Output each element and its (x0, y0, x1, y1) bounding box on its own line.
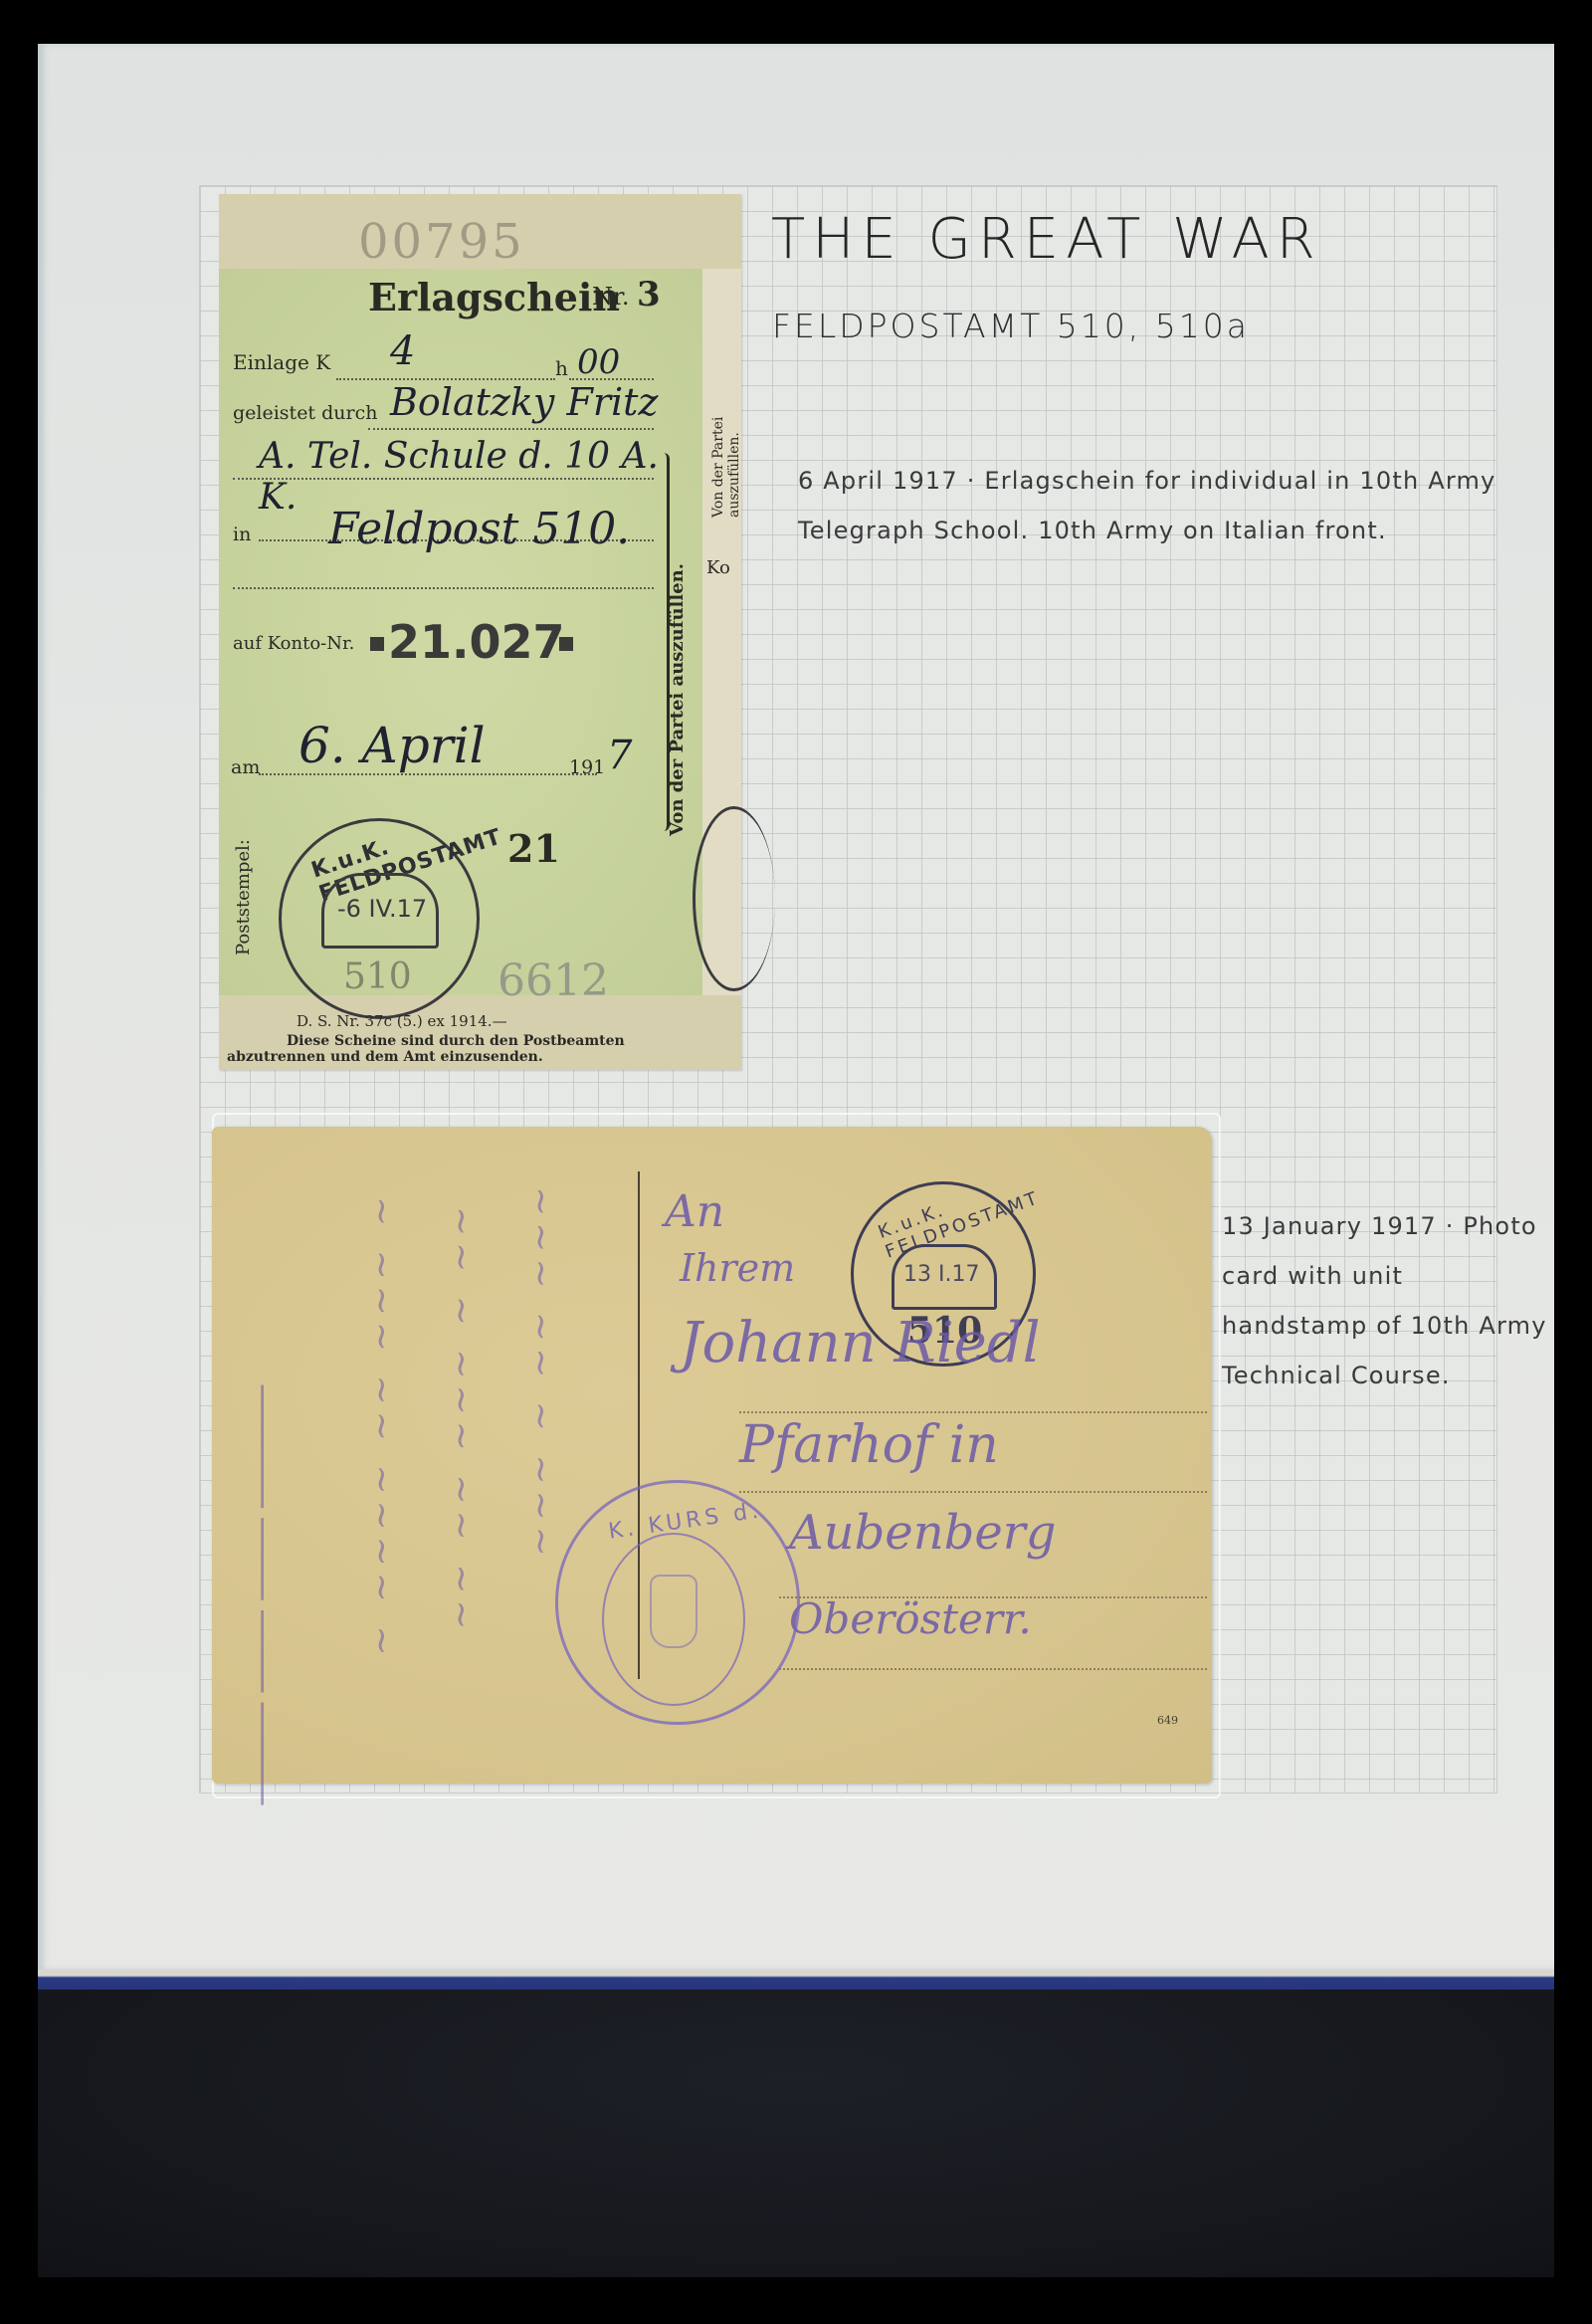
place-line (233, 587, 654, 589)
postmark-label: Poststempel: (233, 826, 254, 955)
erlagschein-form: Erlagschein Nr. 3 Einlage K 4 h 00 gelei… (219, 269, 702, 995)
heller-label: h (555, 356, 568, 380)
address-line-4: Pfarhof in (739, 1415, 999, 1475)
in-label: in (233, 524, 251, 545)
address-line-1: An (665, 1186, 724, 1237)
account-marker-left (370, 637, 384, 651)
address-line-5: Aubenberg (789, 1505, 1056, 1561)
receipt-number: 6612 (497, 955, 609, 1006)
stub-note: Von der Partei auszufüllen. (710, 368, 742, 518)
year-prefix: 191 (569, 756, 605, 778)
page-title: THE GREAT WAR (771, 207, 1322, 272)
background-cloth (38, 1990, 1554, 2277)
counter-number: 21 (507, 826, 560, 871)
card-number: 649 (1157, 1714, 1178, 1727)
stub-postmark (693, 806, 775, 991)
page-subtitle: FELDPOSTAMT 510, 510a (772, 307, 1250, 345)
form-number: 3 (637, 275, 661, 315)
photo-postcard: ────── ──── ──── ───── ~ ~~~ ~~ ~~~~ ~ ~… (212, 1127, 1212, 1784)
account-number: 21.027 (388, 615, 565, 669)
payer-name: Bolatzky Fritz (390, 380, 658, 424)
caption-postcard: 13 January 1917 · Photo card with unit h… (1222, 1201, 1550, 1400)
address-line-2: Ihrem (680, 1246, 795, 1290)
caption-erlagschein: 6 April 1917 · Erlagschein for individua… (798, 456, 1514, 555)
stub-account-label: Ko (706, 557, 730, 578)
message-text: ~ ~~~ ~~ ~~~~ ~ (361, 1196, 402, 1662)
deposit-label: Einlage K (233, 350, 330, 374)
message-line-1: ────── ──── ──── ───── (242, 1385, 282, 1804)
heller-amount: 00 (577, 342, 620, 382)
erlagschein-stub: Von der Partei auszufüllen. Ko (702, 269, 741, 995)
account-label: auf Konto-Nr. (233, 633, 354, 654)
year-digit: 7 (607, 733, 632, 778)
form-code: D. S. Nr. 37c (5.) ex 1914.— (297, 1012, 507, 1030)
footer-note: Diese Scheine sind durch den Postbeamten… (227, 1033, 704, 1065)
feldpost-postmark: K.u.K. FELDPOSTAMT -6 IV.17 510 (279, 818, 480, 1019)
address-line-6: Oberösterr. (789, 1594, 1032, 1643)
erlagschein-document: 00795 Erlagschein Nr. 3 Einlage K 4 h 00… (219, 194, 741, 1070)
form-number-label: Nr. (592, 283, 629, 311)
album-binding (38, 1970, 1554, 1990)
kronen-amount: 4 (390, 328, 415, 374)
address-rule-2 (739, 1491, 1207, 1493)
serial-number: 00795 (358, 214, 525, 270)
place-name: Feldpost 510. (328, 504, 630, 554)
account-marker-right (559, 637, 573, 651)
coat-of-arms-icon (650, 1575, 697, 1648)
form-title: Erlagschein (368, 275, 620, 319)
date-label: am (231, 756, 260, 778)
address-rule-1 (739, 1411, 1207, 1413)
paid-by-label: geleistet durch (233, 402, 377, 424)
address-line-3: Johann Riedl (680, 1311, 1041, 1375)
unit-handstamp: K. KURS d. (555, 1480, 800, 1725)
address-rule-4 (779, 1668, 1207, 1670)
unit-line (233, 478, 654, 480)
brace-note: Von der Partei auszufüllen. (667, 537, 688, 836)
date-value: 6. April (298, 717, 486, 774)
paid-by-line (368, 428, 654, 430)
